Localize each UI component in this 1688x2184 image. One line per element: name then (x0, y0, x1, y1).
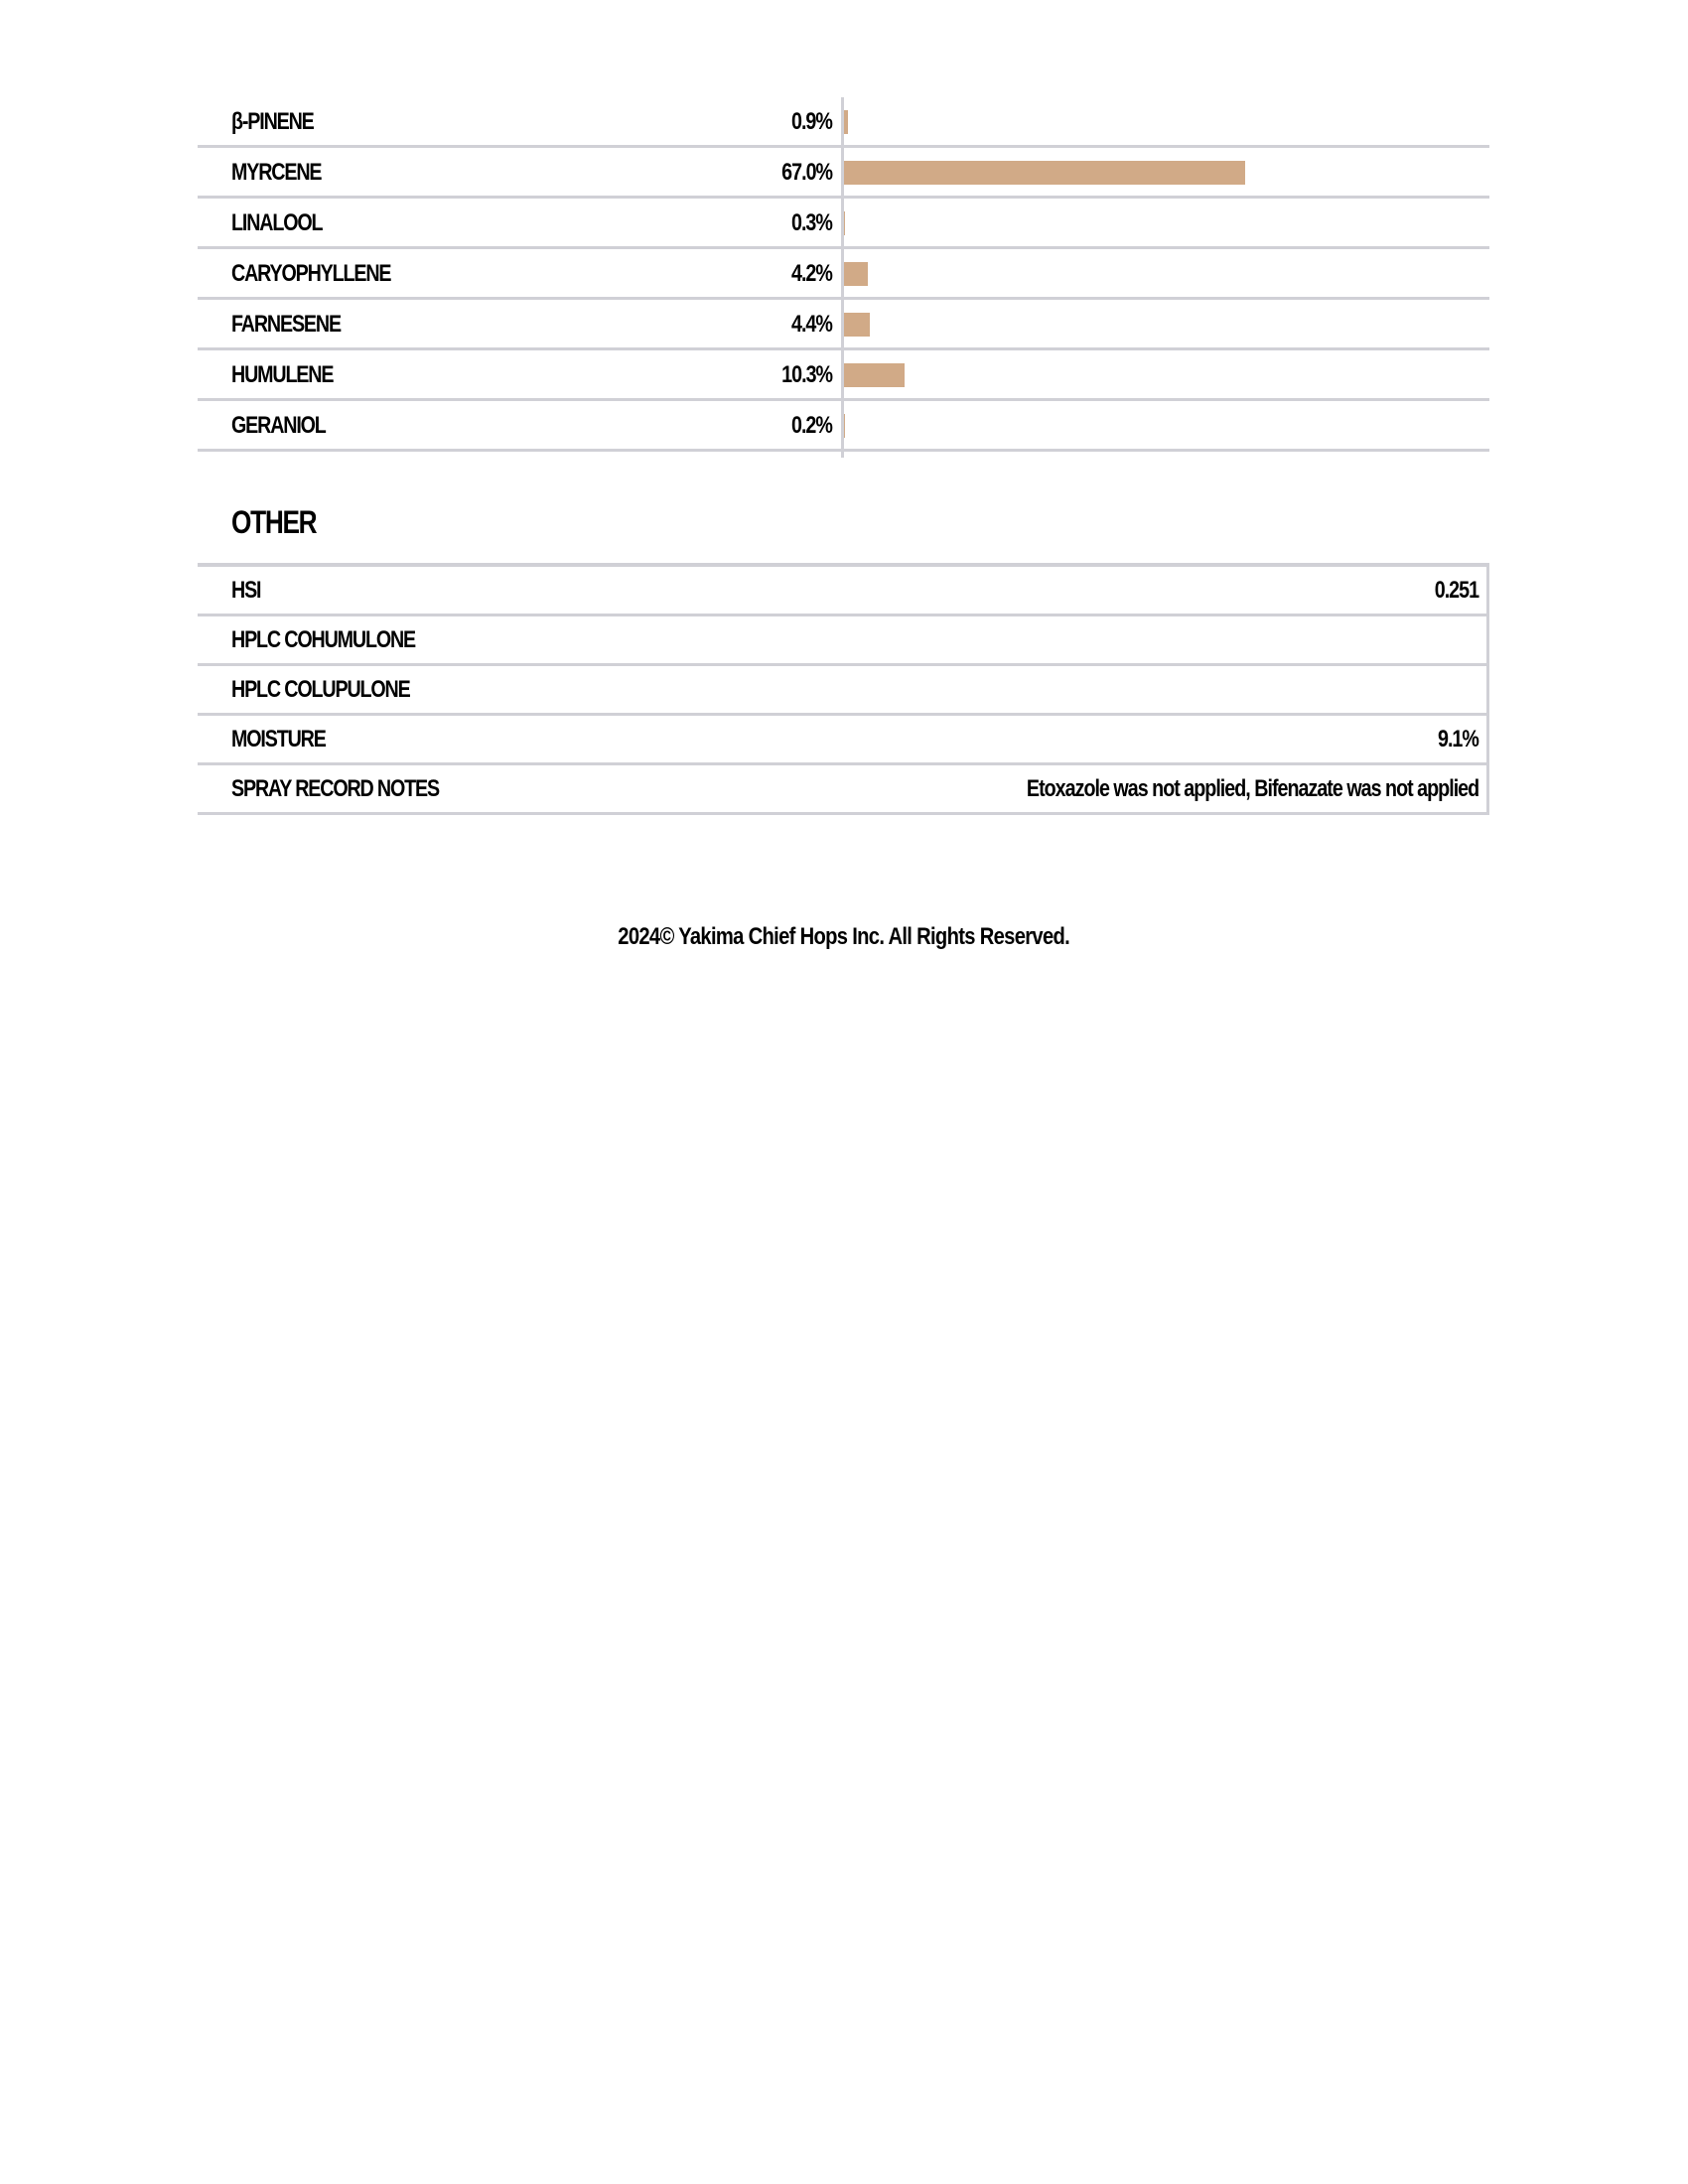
terpene-value: 0.2% (791, 401, 832, 449)
terpene-value: 4.2% (791, 249, 832, 297)
other-label: MOISTURE (231, 716, 326, 762)
other-label: HSI (231, 567, 260, 614)
terpene-label: LINALOOL (231, 199, 322, 246)
terpene-bar (843, 363, 905, 387)
terpene-label: FARNESENE (231, 300, 341, 347)
footer: 2024© Yakima Chief Hops Inc. All Rights … (0, 923, 1688, 951)
terpene-label: GERANIOL (231, 401, 326, 449)
other-label: HPLC COLUPULONE (231, 666, 410, 713)
other-row: MOISTURE9.1% (198, 716, 1486, 765)
terpene-bar (843, 161, 1245, 185)
bar-axis-line (841, 97, 844, 458)
terpene-bar (843, 313, 870, 337)
terpene-label: HUMULENE (231, 350, 333, 398)
other-label: SPRAY RECORD NOTES (231, 765, 439, 812)
other-value: 9.1% (1438, 716, 1478, 762)
other-section-title: OTHER (231, 504, 316, 541)
other-value: Etoxazole was not applied, Bifenazate wa… (1027, 765, 1478, 812)
other-label: HPLC COHUMULONE (231, 616, 415, 663)
other-table: HSI0.251HPLC COHUMULONEHPLC COLUPULONEMO… (198, 563, 1489, 815)
terpene-bar (843, 262, 868, 286)
terpene-label: β-PINENE (231, 97, 314, 145)
terpene-value: 0.3% (791, 199, 832, 246)
other-row: HPLC COHUMULONE (198, 616, 1486, 666)
terpene-value: 67.0% (781, 148, 832, 196)
terpene-label: MYRCENE (231, 148, 321, 196)
terpene-value: 4.4% (791, 300, 832, 347)
terpene-label: CARYOPHYLLENE (231, 249, 390, 297)
other-row: SPRAY RECORD NOTESEtoxazole was not appl… (198, 765, 1486, 815)
copyright-text: 2024© Yakima Chief Hops Inc. All Rights … (619, 923, 1070, 951)
other-value: 0.251 (1435, 567, 1478, 614)
other-row: HPLC COLUPULONE (198, 666, 1486, 716)
terpene-value: 10.3% (781, 350, 832, 398)
terpene-value: 0.9% (791, 97, 832, 145)
other-row: HSI0.251 (198, 567, 1486, 616)
